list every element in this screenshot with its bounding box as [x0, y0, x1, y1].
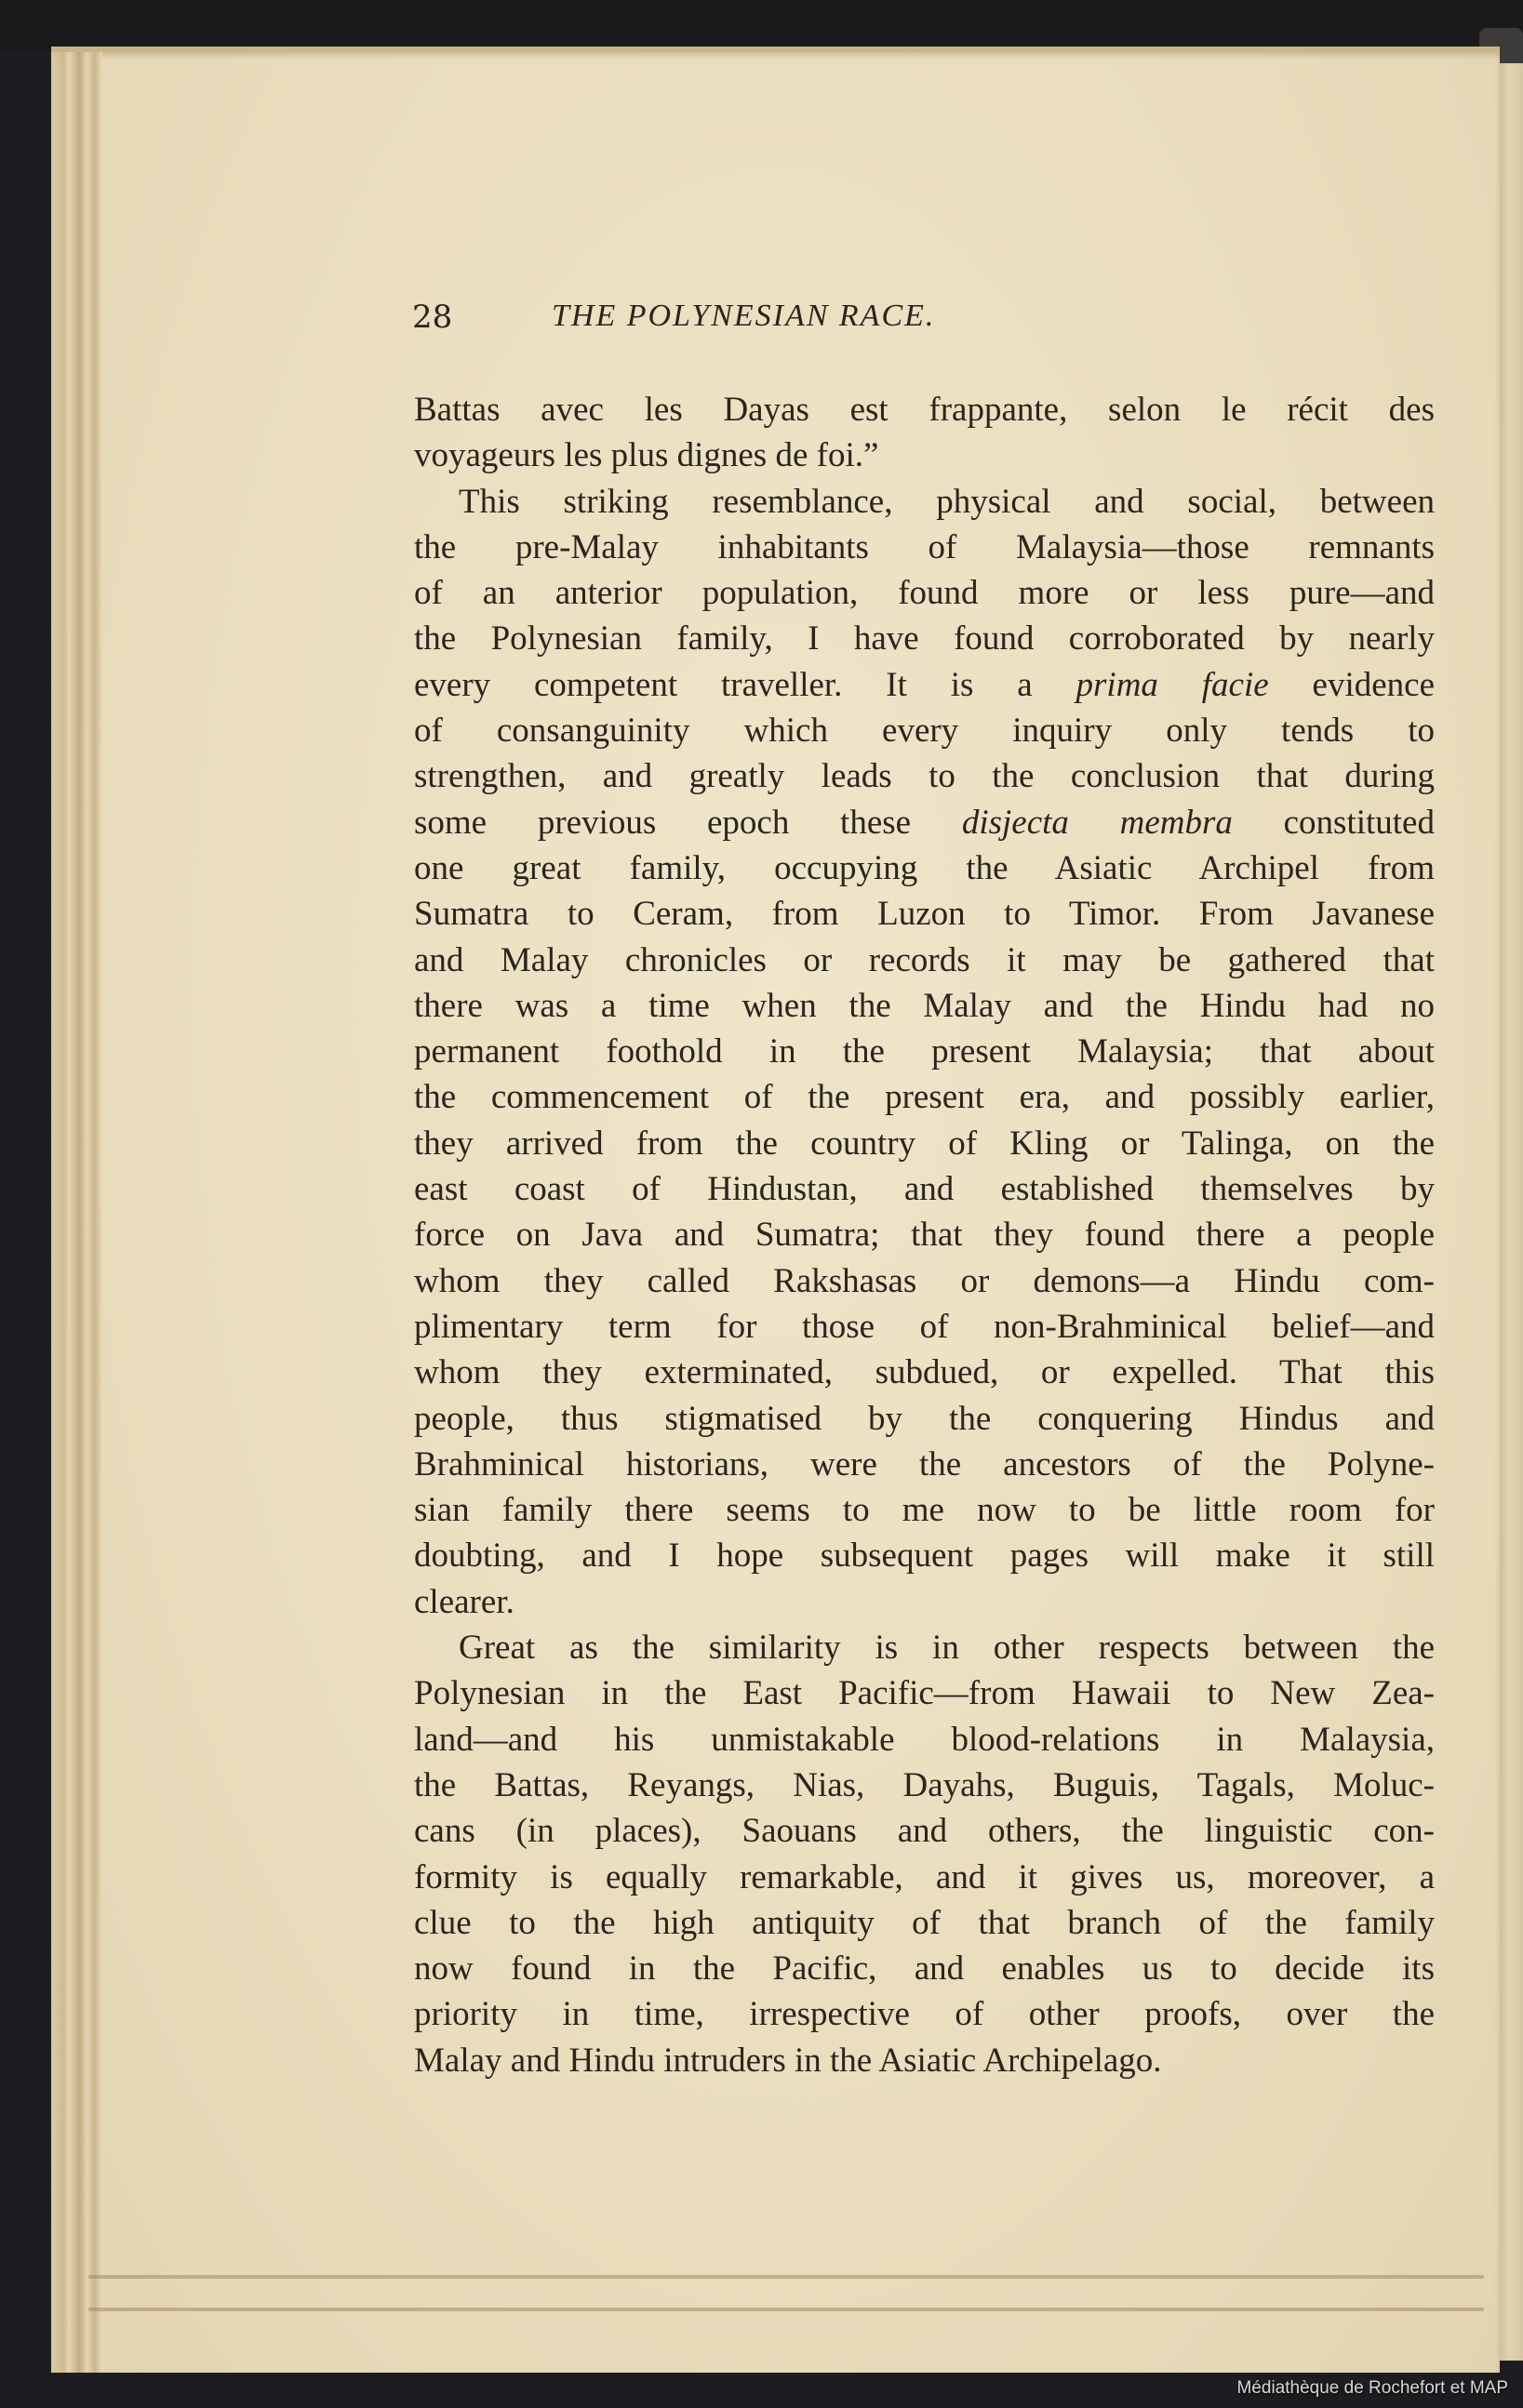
text-line: Malay and Hindu intruders in the Asiatic… [414, 2038, 1435, 2083]
text-line: doubting, and I hope subsequent pages wi… [414, 1533, 1435, 1578]
text-line: whom they exterminated, subdued, or expe… [414, 1350, 1435, 1395]
text-line: the pre-Malay inhabitants of Malaysia—th… [414, 525, 1435, 570]
text-line: cans (in places), Saouans and others, th… [414, 1808, 1435, 1854]
italic-phrase: prima facie [1076, 666, 1269, 704]
book-page: 28 THE POLYNESIAN RACE. Battas avec les … [51, 47, 1500, 2373]
paragraph: Great as the similarity is in other resp… [414, 1625, 1435, 2083]
scan-background-top [0, 0, 1523, 51]
text-line: of an anterior population, found more or… [414, 570, 1435, 616]
text-line: formity is equally remarkable, and it gi… [414, 1855, 1435, 1900]
paragraph: This striking resemblance, physical and … [414, 479, 1435, 1625]
text-line: Polynesian in the East Pacific—from Hawa… [414, 1670, 1435, 1716]
running-title: THE POLYNESIAN RACE. [552, 299, 935, 334]
text-line: voyageurs les plus dignes de foi.” [414, 432, 1435, 478]
text-line: now found in the Pacific, and enables us… [414, 1946, 1435, 1991]
text-line: some previous epoch these disjecta membr… [414, 800, 1435, 845]
italic-phrase: disjecta membra [962, 804, 1233, 842]
text-line: Great as the similarity is in other resp… [414, 1625, 1435, 1670]
text-line: force on Java and Sumatra; that they fou… [414, 1212, 1435, 1257]
page-number: 28 [412, 299, 452, 336]
page-header: 28 THE POLYNESIAN RACE. [412, 299, 1389, 345]
text-line: Sumatra to Ceram, from Luzon to Timor. F… [414, 891, 1435, 937]
text-line: the Battas, Reyangs, Nias, Dayahs, Bugui… [414, 1763, 1435, 1808]
text-line: Brahminical historians, were the ancesto… [414, 1442, 1435, 1487]
water-stain-line [88, 2275, 1484, 2279]
page-stack-edge [51, 52, 102, 2373]
text-line: sian family there seems to me now to be … [414, 1487, 1435, 1533]
text-line: they arrived from the country of Kling o… [414, 1121, 1435, 1166]
text-line: one great family, occupying the Asiatic … [414, 845, 1435, 891]
text-line: every competent traveller. It is a prima… [414, 662, 1435, 708]
text-line: plimentary term for those of non-Brahmin… [414, 1304, 1435, 1350]
text-line: land—and his unmistakable blood-relation… [414, 1717, 1435, 1763]
water-stain-line [88, 2308, 1484, 2311]
text-line: and Malay chronicles or records it may b… [414, 938, 1435, 983]
adjacent-page-edge [1498, 63, 1523, 2361]
text-line: This striking resemblance, physical and … [414, 479, 1435, 525]
text-line: whom they called Rakshasas or demons—a H… [414, 1258, 1435, 1304]
text-line: the Polynesian family, I have found corr… [414, 616, 1435, 661]
text-line: the commencement of the present era, and… [414, 1074, 1435, 1120]
text-line: there was a time when the Malay and the … [414, 983, 1435, 1029]
text-line: strengthen, and greatly leads to the con… [414, 753, 1435, 799]
text-line: priority in time, irrespective of other … [414, 1991, 1435, 2037]
text-line: people, thus stigmatised by the conqueri… [414, 1396, 1435, 1442]
text-line: clearer. [414, 1579, 1435, 1625]
text-line: of consanguinity which every inquiry onl… [414, 708, 1435, 753]
watermark: Médiathèque de Rochefort et MAP [1236, 2378, 1508, 2399]
text-line: east coast of Hindustan, and established… [414, 1166, 1435, 1212]
text-line: clue to the high antiquity of that branc… [414, 1900, 1435, 1946]
text-line: permanent foothold in the present Malays… [414, 1029, 1435, 1074]
body-text: Battas avec les Dayas est frappante, sel… [414, 387, 1435, 2083]
paragraph: Battas avec les Dayas est frappante, sel… [414, 387, 1435, 479]
text-line: Battas avec les Dayas est frappante, sel… [414, 387, 1435, 432]
